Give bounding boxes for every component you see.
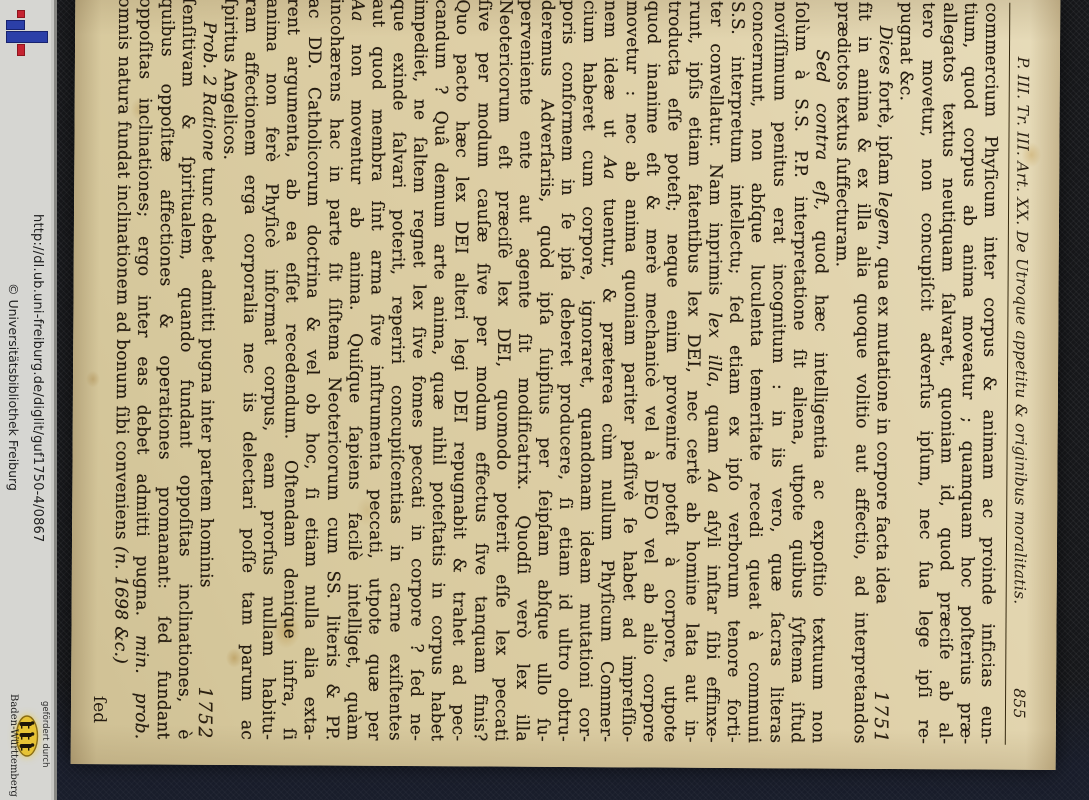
ub-freiburg-logo-icon bbox=[17, 44, 25, 56]
margin-year: 1751 bbox=[870, 691, 891, 744]
ub-freiburg-logo-icon bbox=[17, 10, 25, 18]
header-title: P. III. Tr. III. Art. XX. De Utroque app… bbox=[1011, 57, 1032, 605]
funding-region-label: Baden-Württemberg bbox=[8, 694, 19, 797]
text-line: oppoſitas inclinationes; ergo inter eas … bbox=[130, 0, 156, 739]
text-line: ſenſitivam & ſpiritualem, quando fundant… bbox=[172, 0, 198, 740]
copyright-notice: © Universitätsbibliothek Freiburg bbox=[6, 283, 21, 491]
text-line: omnis natura fundat inclinationem ad bon… bbox=[109, 0, 135, 739]
text-line: tero movetur, non concupiſcit adverſus i… bbox=[912, 2, 938, 744]
source-url: http://dl.ub.uni-freiburg.de/diglit/guf1… bbox=[30, 214, 45, 543]
page-content: P. III. Tr. III. Art. XX. De Utroque app… bbox=[89, 0, 1032, 745]
margin-year: 1752 bbox=[193, 687, 214, 740]
text-line: Prob. 2 Ratione tunc debet admitti pugna… bbox=[193, 0, 219, 740]
running-header: P. III. Tr. III. Art. XX. De Utroque app… bbox=[1010, 3, 1033, 745]
funding-label: gefördert durch bbox=[40, 701, 50, 767]
text-line: quibus oppoſitæ affectiones & operatione… bbox=[151, 0, 177, 740]
scan-background: P. III. Tr. III. Art. XX. De Utroque app… bbox=[0, 0, 1089, 800]
ub-freiburg-logo-icon bbox=[6, 31, 48, 43]
body-lines: commercium Phyſicum inter corpus & anima… bbox=[109, 0, 1001, 745]
text-line: rent argumenta, ab ea eſſet recedendum. … bbox=[278, 0, 304, 740]
ub-freiburg-logo-icon bbox=[6, 20, 25, 30]
text-line: anima non ferè Phyſicè informat corpus, … bbox=[257, 0, 283, 740]
readable-page: P. III. Tr. III. Art. XX. De Utroque app… bbox=[71, 0, 1061, 770]
watermark-sidebar: http://dl.ub.uni-freiburg.de/diglit/guf1… bbox=[0, 0, 57, 800]
text-line: ram affectionem erga corporalia nec iis … bbox=[236, 0, 262, 740]
page-number: 855 bbox=[1010, 688, 1028, 719]
scanned-page: P. III. Tr. III. Art. XX. De Utroque app… bbox=[71, 0, 1061, 770]
